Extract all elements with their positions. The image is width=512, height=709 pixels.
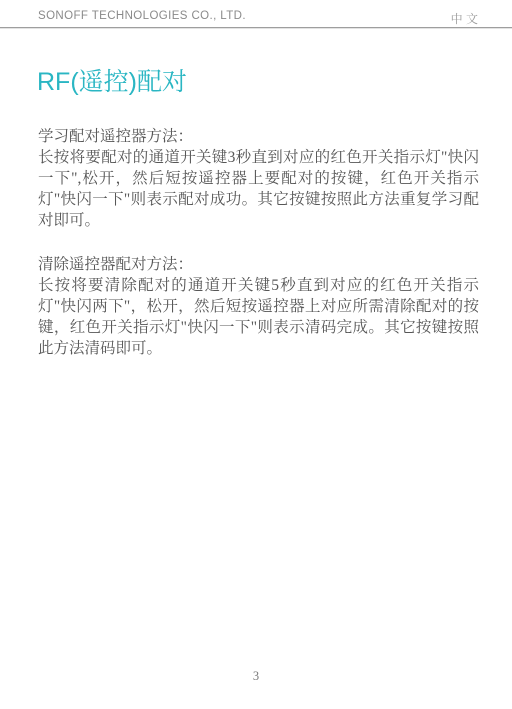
section-body: 长按将要清除配对的通道开关键5秒直到对应的红色开关指示灯"快闪两下"，松开，然后… — [38, 275, 479, 359]
page-title: RF(遥控)配对 — [37, 66, 187, 98]
page-number: 3 — [0, 669, 512, 684]
section-heading: 清除遥控器配对方法： — [38, 254, 479, 275]
section-clear-pairing: 清除遥控器配对方法： 长按将要清除配对的通道开关键5秒直到对应的红色开关指示灯"… — [38, 254, 479, 359]
section-heading: 学习配对遥控器方法： — [38, 126, 479, 147]
language-label: 中 文 — [451, 10, 478, 27]
section-body: 长按将要配对的通道开关键3秒直到对应的红色开关指示灯"快闪一下",松开，然后短按… — [38, 147, 479, 231]
content-area: 学习配对遥控器方法： 长按将要配对的通道开关键3秒直到对应的红色开关指示灯"快闪… — [38, 126, 479, 382]
header-divider — [0, 27, 512, 29]
company-name: SONOFF TECHNOLOGIES CO., LTD. — [38, 10, 246, 22]
manual-page: SONOFF TECHNOLOGIES CO., LTD. 中 文 RF(遥控)… — [0, 0, 512, 709]
section-learn-pairing: 学习配对遥控器方法： 长按将要配对的通道开关键3秒直到对应的红色开关指示灯"快闪… — [38, 126, 479, 231]
